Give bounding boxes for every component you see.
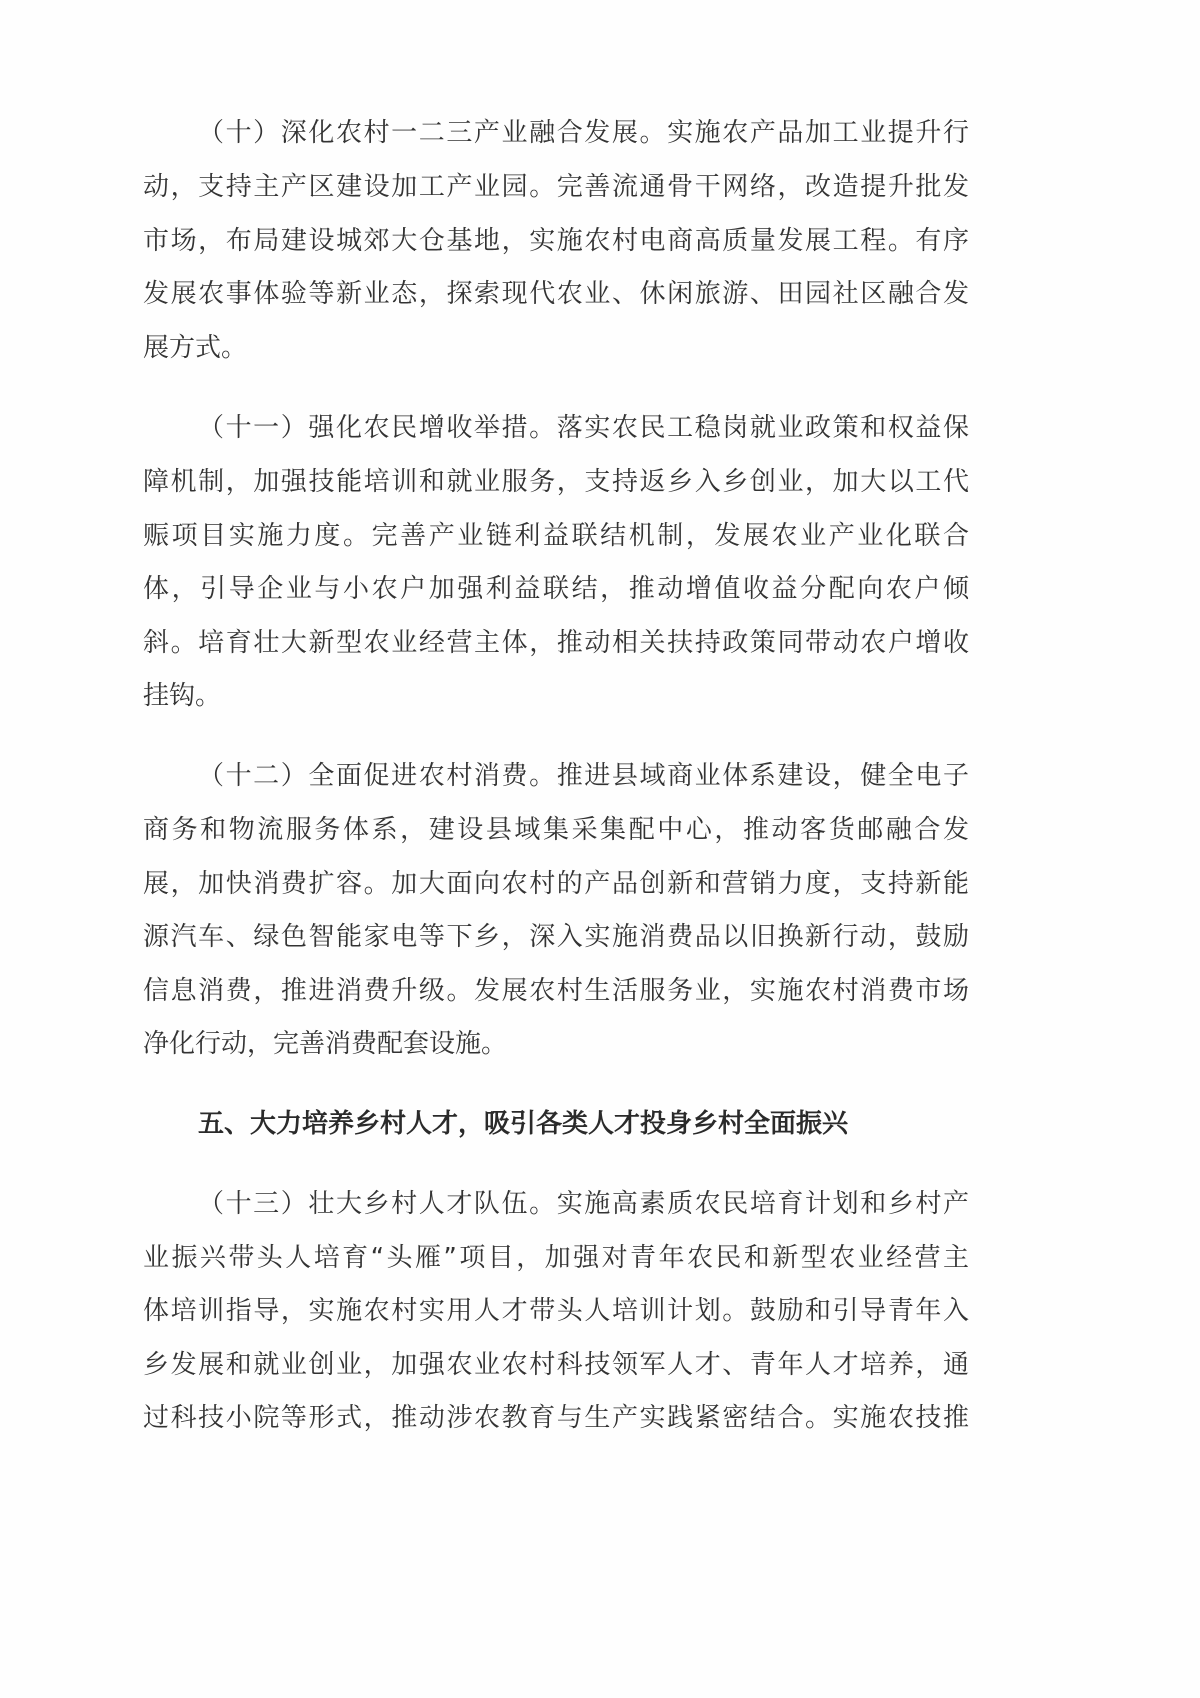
paragraph-line: 体培训指导，实施农村实用人才带头人培训计划。鼓励和引导青年入 [143,1291,969,1331]
paragraph-line: 障机制，加强技能培训和就业服务，支持返乡入乡创业，加大以工代 [143,462,969,502]
paragraph-line: 过科技小院等形式，推动涉农教育与生产实践紧密结合。实施农技推 [143,1398,969,1438]
section-heading: 五、大力培养乡村人才，吸引各类人才投身乡村全面振兴 [198,1104,848,1144]
paragraph-line: 商务和物流服务体系，建设县域集采集配中心，推动客货邮融合发 [143,810,969,850]
paragraph-line: （十一）强化农民增收举措。落实农民工稳岗就业政策和权益保 [198,408,969,448]
paragraph-line: 赈项目实施力度。完善产业链利益联结机制，发展农业产业化联合 [143,516,969,556]
paragraph-line: （十三）壮大乡村人才队伍。实施高素质农民培育计划和乡村产 [198,1184,969,1224]
paragraph-line: 源汽车、绿色智能家电等下乡，深入实施消费品以旧换新行动，鼓励 [143,917,969,957]
paragraph-line: 市场，布局建设城郊大仓基地，实施农村电商高质量发展工程。有序 [143,221,969,261]
paragraph-line: 展，加快消费扩容。加大面向农村的产品创新和营销力度，支持新能 [143,864,969,904]
paragraph-line: 体，引导企业与小农户加强利益联结，推动增值收益分配向农户倾 [143,569,969,609]
paragraph-line: （十）深化农村一二三产业融合发展。实施农产品加工业提升行 [198,113,969,153]
paragraph-line: 净化行动，完善消费配套设施。 [143,1024,969,1064]
paragraph-line: 动，支持主产区建设加工产业园。完善流通骨干网络，改造提升批发 [143,167,969,207]
paragraph-line: 展方式。 [143,328,969,368]
paragraph-line: 乡发展和就业创业，加强农业农村科技领军人才、青年人才培养，通 [143,1345,969,1385]
paragraph-line: （十二）全面促进农村消费。推进县域商业体系建设，健全电子 [198,756,969,796]
paragraph-line: 信息消费，推进消费升级。发展农村生活服务业，实施农村消费市场 [143,971,969,1011]
document-page: （十）深化农村一二三产业融合发展。实施农产品加工业提升行 动，支持主产区建设加工… [0,0,1200,1698]
paragraph-line: 斜。培育壮大新型农业经营主体，推动相关扶持政策同带动农户增收 [143,623,969,663]
paragraph-line: 发展农事体验等新业态，探索现代农业、休闲旅游、田园社区融合发 [143,274,969,314]
paragraph-line: 业振兴带头人培育“头雁”项目，加强对青年农民和新型农业经营主 [143,1238,969,1278]
paragraph-line: 挂钩。 [143,676,969,716]
